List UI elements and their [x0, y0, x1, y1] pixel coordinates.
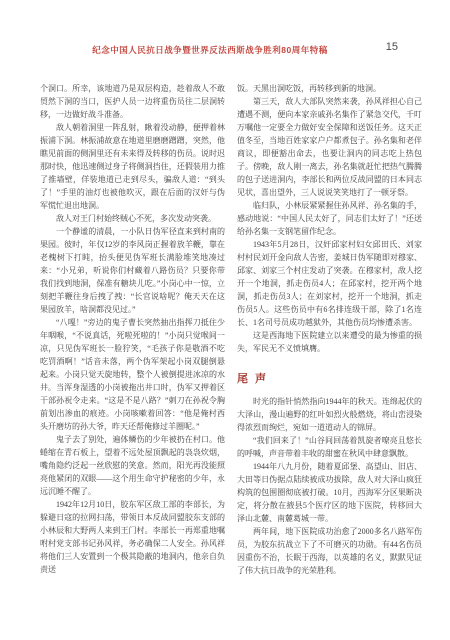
left-column: 个洞口。所幸，该地道乃是双层构造，趁着敌人不敢贸然下洞的当口，医护人员一边将重伤… [40, 82, 225, 577]
body-paragraph: 1943年5月28日，汉奸邱家村妇女邱田氏、刘家村村民刘开金向敌人告密，姜城日伪… [237, 238, 422, 329]
body-paragraph: “八嘎！”旁边的鬼子曹长突然抽出指挥刀抵住少年咽喉，“不说真话，死啦死啦的！”小… [40, 316, 225, 433]
body-paragraph: 饭。天黑出洞吃饭，再转移到新的地洞。 [237, 82, 422, 95]
page-header-title: 纪念中国人民抗日战争暨世界反法西斯战争胜利80周年特稿 [40, 44, 380, 56]
body-paragraph: 鬼子去了别处，遍体鳞伤的少年被扔在村口。他蜷缩在青石板上，望着不远处屋顶飘起的袅… [40, 433, 225, 498]
section-heading-epilogue: 尾 声 [237, 370, 422, 386]
body-paragraph: 两年间，地下医院成功治愈了2000多名八路军伤员，为胶东抗战立下了不可磨灭的功勋… [237, 525, 422, 577]
body-paragraph: 个洞口。所幸，该地道乃是双层构造，趁着敌人不敢贸然下洞的当口，医护人员一边将重伤… [40, 82, 225, 121]
body-paragraph: “我们回来了！”山谷间回荡着凯旋者嘹亮且悠长的呼喊，声音带着丰收的甜蜜在秋风中肆… [237, 434, 422, 460]
right-column: 饭。天黑出洞吃饭，再转移到新的地洞。 第三天，敌人大部队突然来袭，孙风祥担心自己… [237, 82, 422, 577]
body-paragraph: 这是西海地下医院建立以来遭受的最为惨重的损失，军民无不义愤填膺。 [237, 329, 422, 355]
body-paragraph: 一个静谧的清晨，一小队日伪军径直来到村南的果园。彼时，年仅12岁的李风岗正握着放… [40, 225, 225, 316]
body-paragraph: 第三天，敌人大部队突然来袭，孙风祥担心自己遭遇不测，便向本家亲戚孙名集作了紧急交… [237, 95, 422, 199]
body-paragraph: 临归队，小林辰紧紧握住孙风祥、孙名集的手，感动地说：“中国人民太好了，同志们太好… [237, 199, 422, 238]
body-paragraph: 敌人朝着洞里一阵乱射，瞅着没动静，便押着林振浦下洞。林振浦故意在地道里磨磨蹭蹭，… [40, 121, 225, 212]
body-paragraph: 时光的指针悄然指向1944年的秋天。连绵起伏的大泽山，漫山遍野的红叶如烈火般燃烧… [237, 395, 422, 434]
body-paragraph: 敌人对王门村始终贼心不死，多次发动突袭。 [40, 212, 225, 225]
page-number: 15 [386, 41, 398, 53]
magazine-page: 纪念中国人民抗日战争暨世界反法西斯战争胜利80周年特稿 15 个洞口。所幸，该地… [0, 0, 450, 640]
body-paragraph: 1942年12月10日，胶东军区敌工部的李部长，为躲避日寇的拉网扫荡，带领日本反… [40, 498, 225, 576]
text-columns: 个洞口。所幸，该地道乃是双层构造，趁着敌人不敢贸然下洞的当口，医护人员一边将重伤… [40, 82, 422, 577]
body-paragraph: 1944年八九月份，随着夏邱堡、高望山、旧店、大田等日伪据点陆续被成功拔除，敌人… [237, 460, 422, 525]
